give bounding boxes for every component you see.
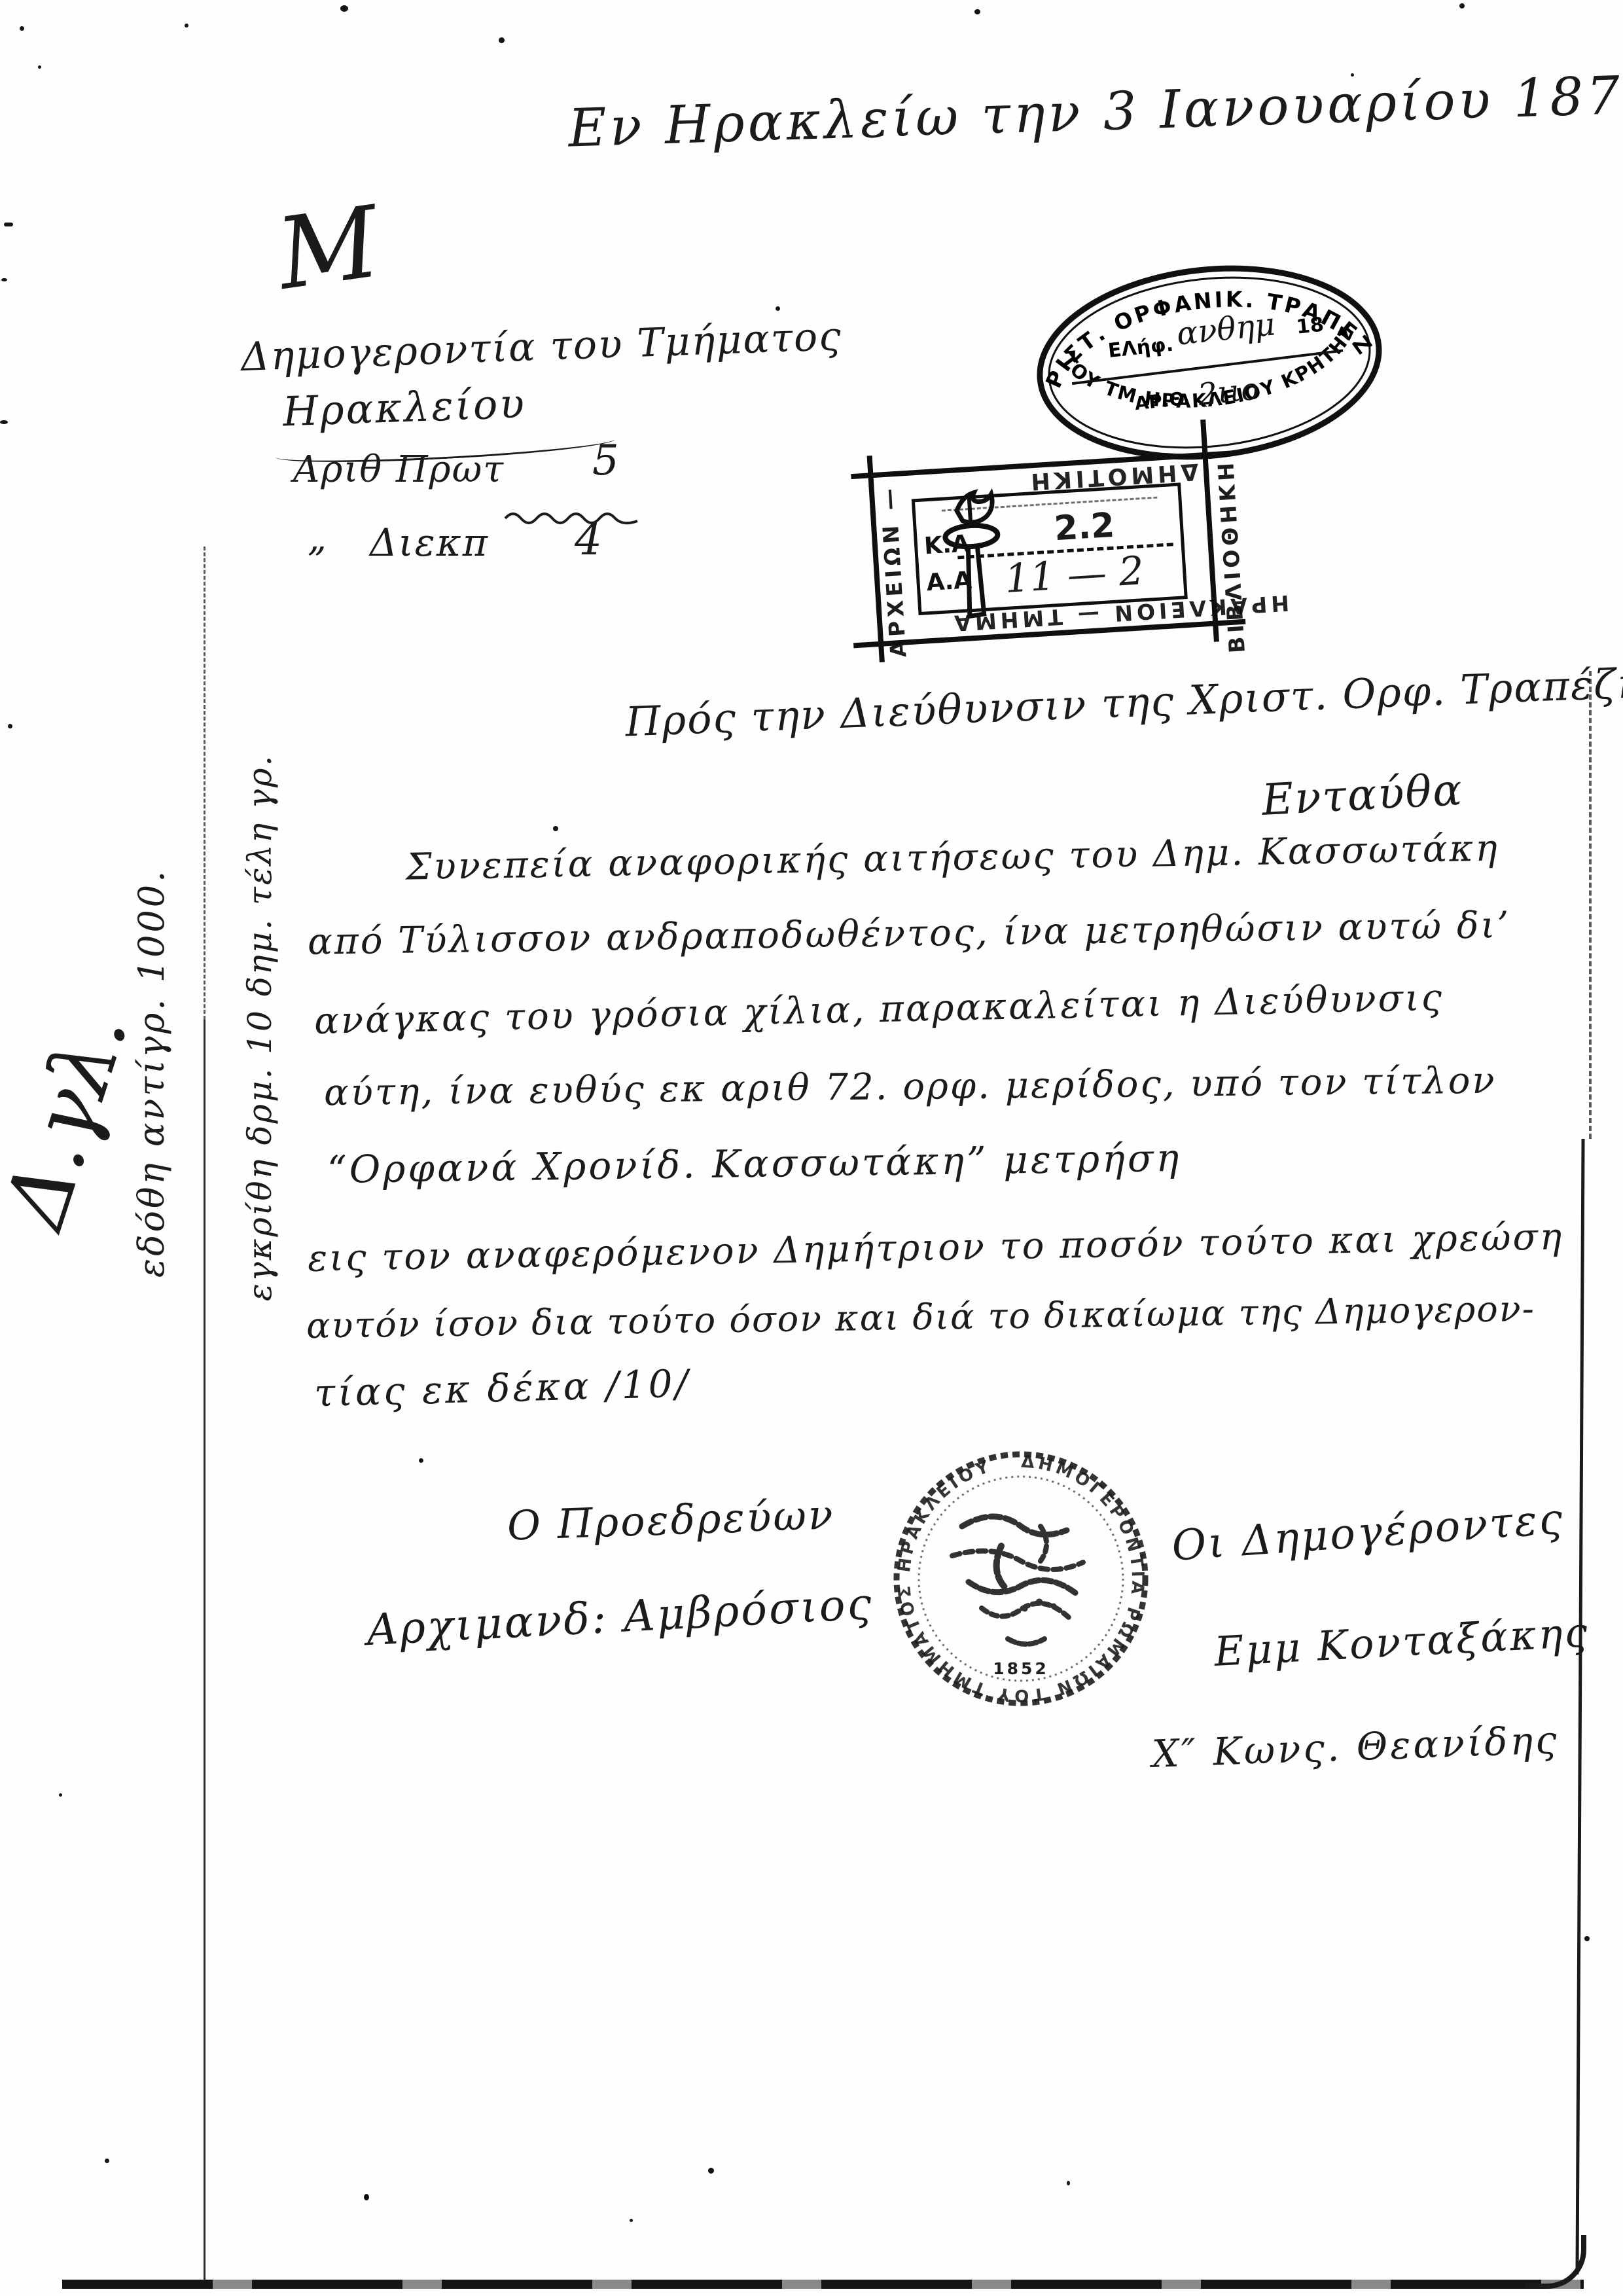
archive-library-stamp: ΔΗΜΟΤΙΚΗ ΒΙΒΛΙΟΘΗΚΗ ΗΡΑΚΛΕΙΟΝ — ΤΜΗΜΑ ΑΡ… [863, 452, 1232, 651]
protocol-label: Αριθ Πρωτ [293, 452, 505, 488]
scan-edge-right-solid [1575, 1139, 1584, 2274]
signature-left-title: Ο Προεδρεύων [507, 1494, 835, 1546]
round-seal-inner-ring [919, 1477, 1123, 1681]
oval-stamp-number-handwritten: 2ιιο [1196, 370, 1260, 412]
archive-stamp-row2-value: 11 — 2 [1004, 551, 1145, 599]
round-seal-calligraphy [952, 1516, 1083, 1644]
oval-stamp-orphan-bank: ΧΡΙΣΤ. ΟΡΦΑΝΙΚ. ΤΡΑΠΕΖΑ * ΤΟΥ ΤΜ ΗΡΑΚΛΕΙ… [1024, 245, 1396, 481]
signature-right-name-2: Χ″ Κωνς. Θεανίδης [1151, 1721, 1560, 1773]
dispatch-ditto-mark: „ [308, 520, 327, 557]
ink-speck [8, 724, 12, 728]
fold-line-dashed [204, 547, 205, 1020]
ink-speck [630, 2219, 633, 2222]
ink-speck [1067, 2181, 1070, 2185]
ink-speck [419, 1458, 423, 1463]
body-line-1: Συνεπεία αναφορικής αιτήσεως του Δημ. Κα… [406, 830, 1500, 886]
archive-stamp-row1-value: 2.2 [1053, 509, 1115, 547]
scan-edge-right-dashed [1589, 671, 1592, 1139]
margin-note-inner: εγκρίθη δρμ. 10 δημ. τέλη γρ. [243, 424, 276, 1301]
protocol-number: 5 [592, 440, 619, 482]
ink-speck [1584, 1936, 1590, 1941]
margin-note-outer: εδόθη αντίγρ. 1000. [134, 453, 169, 1278]
body-line-4: αύτη, ίνα ευθύς εκ αριθ 72. ορφ. μερίδος… [324, 1063, 1497, 1112]
address-line2: Ενταύθα [1260, 768, 1464, 822]
ink-speck [340, 5, 348, 12]
ink-speck [185, 24, 188, 27]
date-line: Εν Ηρακλείω την 3 Ιανουαρίου 1875. [567, 67, 1623, 154]
ink-speck [20, 26, 24, 31]
body-line-5: “Ορφανά Χρονίδ. Κασσωτάκη” μετρήση [327, 1139, 1182, 1189]
body-line-6: εις τον αναφερόμενον Δημήτριον το ποσόν … [308, 1219, 1564, 1277]
torch-icon [936, 482, 1016, 624]
dispatch-number: 4 [575, 518, 602, 562]
fold-line-solid [204, 1020, 205, 2288]
body-line-2: από Τύλισσον ανδραποδωθέντος, ίνα μετρηθ… [308, 907, 1511, 961]
body-line-7: αυτόν ίσον δια τούτο όσον και διά το δικ… [306, 1291, 1535, 1344]
round-seal: ΔΗΜΟΓΕΡΟΝΤΙΑ ΡΩΜΑΙΩΝ ΤΟΥ ΤΜΗΜΑΤΟΣ ΗΡΑΚΛΕ… [890, 1448, 1152, 1710]
body-line-8: τίας εκ δέκα /10/ [313, 1364, 690, 1412]
ink-speck [499, 37, 505, 43]
ink-speck [364, 2194, 369, 2200]
dispatch-label: Διεκπ [370, 524, 489, 562]
ink-speck [553, 826, 558, 831]
signature-right-title: Οι Δημογέροντες [1170, 1498, 1565, 1568]
header-monogram: Μ [272, 193, 385, 304]
round-seal-year: 1852 [993, 1659, 1049, 1678]
header-office-line1: Δημογεροντία του Τμήματος [240, 317, 842, 377]
margin-flourish: Δ.γλ. [0, 1001, 140, 1237]
ink-speck [4, 223, 13, 226]
ink-speck [974, 9, 980, 14]
ink-speck [0, 420, 8, 424]
address-line1: Πρός την Διεύθυνσιν της Χριστ. Ορφ. Τραπ… [624, 662, 1623, 742]
ink-speck [1459, 3, 1465, 9]
signature-right-name-1: Εμμ Κονταξάκης [1213, 1612, 1590, 1672]
ink-speck [776, 306, 780, 311]
dispatch-squiggle [504, 508, 641, 525]
ink-speck [38, 65, 41, 69]
signature-left-name: Αρχιμανδ: Αμβρόσιος [366, 1583, 874, 1652]
ink-speck [1, 278, 7, 281]
ink-speck [1351, 73, 1354, 77]
ink-speck [59, 1793, 62, 1797]
body-line-3: ανάγκας του γρόσια χίλια, παρακαλείται η… [314, 980, 1444, 1040]
header-office-line2: Ηρακλείου [282, 384, 527, 433]
ink-speck [708, 2168, 714, 2174]
oval-stamp-received-year: 18 [1295, 314, 1325, 339]
scan-edge-bottom-band [62, 2280, 1584, 2289]
ink-speck [105, 2159, 109, 2163]
